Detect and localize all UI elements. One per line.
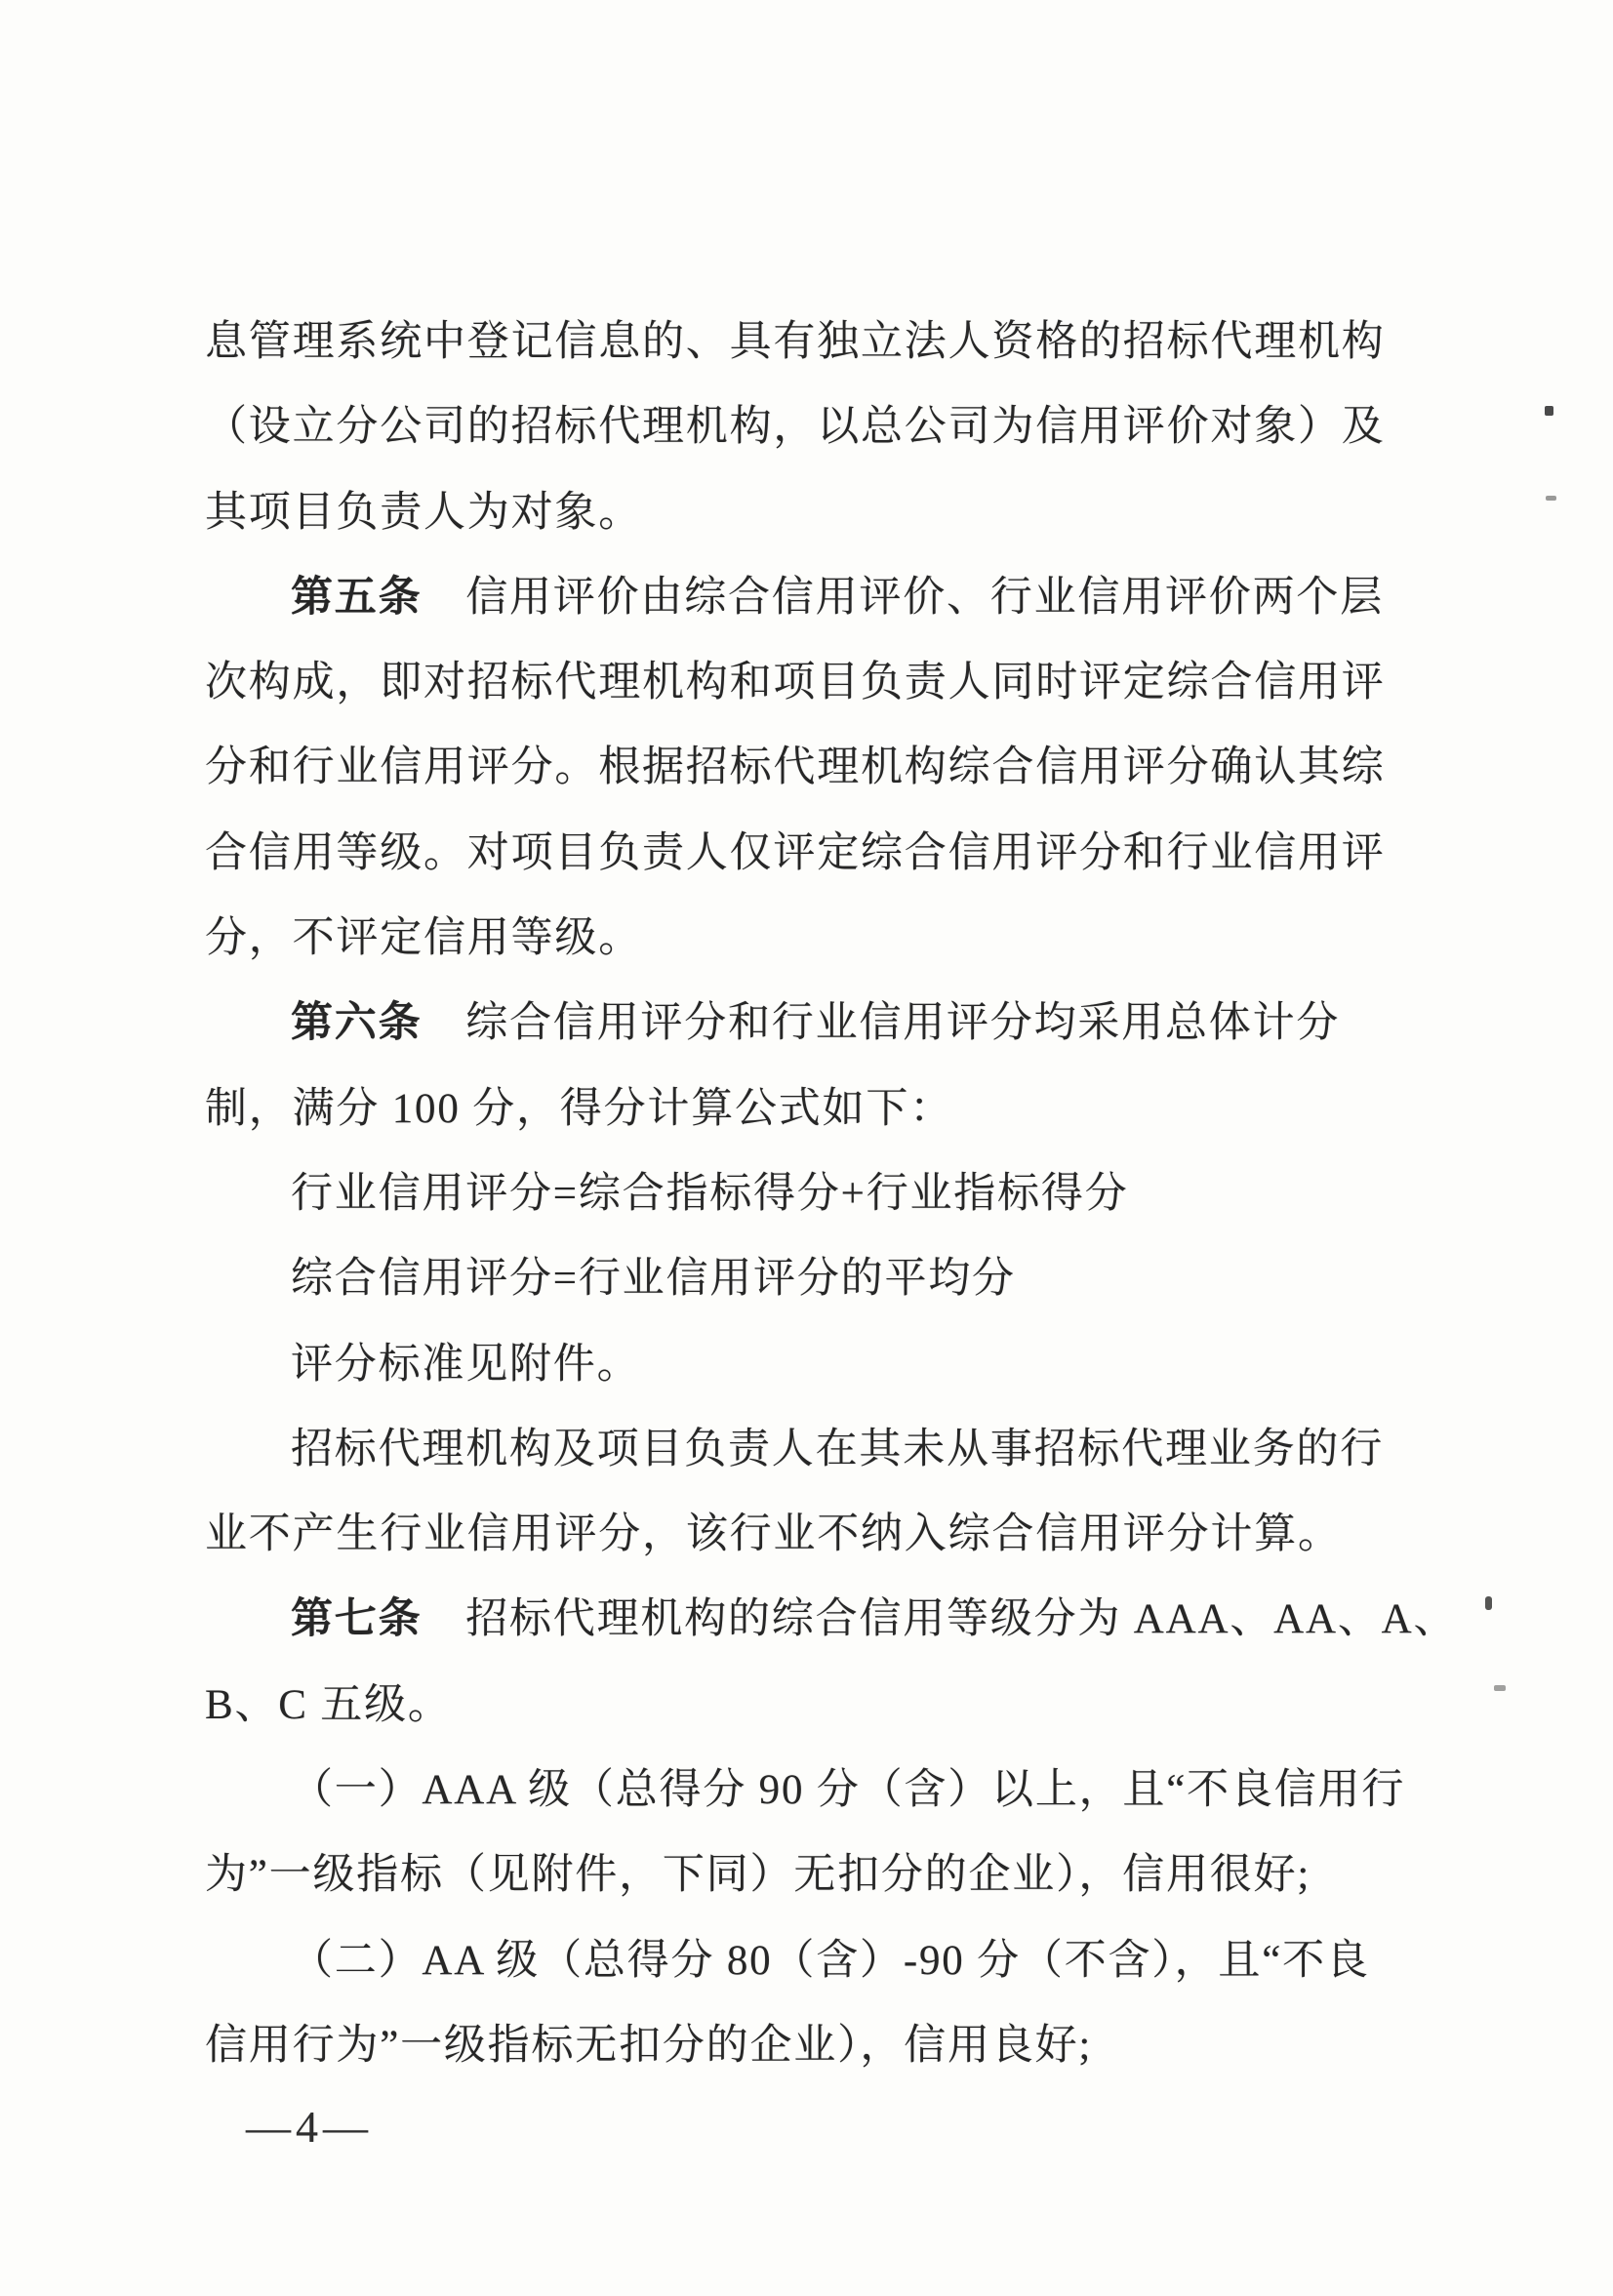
article-number: 第六条: [291, 1000, 422, 1046]
text-line: 评分标准见附件。: [205, 1322, 1464, 1407]
line-text: 业不产生行业信用评分，该行业不纳入综合信用评分计算。: [205, 1511, 1342, 1557]
document-page: 息管理系统中登记信息的、具有独立法人资格的招标代理机构 （设立分公司的招标代理机…: [0, 0, 1613, 2296]
line-text: （二）AA 级（总得分 80（含）-90 分（不含），且“不良: [291, 1938, 1370, 1984]
text-line: 分，不评定信用等级。: [205, 896, 1464, 981]
line-text: 综合信用评分=行业信用评分的平均分: [291, 1256, 1016, 1302]
line-text: 行业信用评分=综合指标得分+行业指标得分: [291, 1171, 1129, 1217]
text-line: 分和行业信用评分。根据招标代理机构综合信用评分确认其综: [205, 725, 1464, 810]
scan-speck: [1485, 1596, 1492, 1610]
line-text: 评分标准见附件。: [291, 1342, 640, 1388]
article-number: 第七条: [291, 1596, 422, 1642]
document-body: 息管理系统中登记信息的、具有独立法人资格的招标代理机构 （设立分公司的招标代理机…: [205, 300, 1464, 2088]
text-line: B、C 五级。: [205, 1663, 1464, 1748]
text-line: 业不产生行业信用评分，该行业不纳入综合信用评分计算。: [205, 1492, 1464, 1577]
line-text: 为”一级指标（见附件，下同）无扣分的企业），信用很好;: [205, 1852, 1311, 1898]
text-line: 为”一级指标（见附件，下同）无扣分的企业），信用很好;: [205, 1833, 1464, 1917]
line-text: 招标代理机构及项目负责人在其未从事招标代理业务的行: [291, 1427, 1384, 1472]
text-line: 其项目负责人为对象。: [205, 470, 1464, 555]
text-line: 第六条 综合信用评分和行业信用评分均采用总体计分: [205, 981, 1464, 1066]
text-line: （二）AA 级（总得分 80（含）-90 分（不含），且“不良: [205, 1918, 1464, 2003]
text-line: （设立分公司的招标代理机构，以总公司为信用评价对象）及: [205, 384, 1464, 469]
text-line: 合信用等级。对项目负责人仅评定综合信用评分和行业信用评: [205, 811, 1464, 896]
text-line: 第五条 信用评价由综合信用评价、行业信用评价两个层: [205, 555, 1464, 640]
scan-speck: [1494, 1685, 1506, 1691]
page-number: —4—: [246, 2099, 373, 2155]
text-line formula-line: 综合信用评分=行业信用评分的平均分: [205, 1236, 1464, 1321]
scan-speck: [1546, 496, 1556, 501]
line-text: 合信用等级。对项目负责人仅评定综合信用评分和行业信用评: [205, 830, 1386, 876]
article-number: 第五条: [291, 575, 422, 621]
line-text: 分，不评定信用等级。: [205, 915, 642, 961]
text-line: 次构成，即对招标代理机构和项目负责人同时评定综合信用评: [205, 640, 1464, 725]
scan-speck: [1545, 406, 1553, 416]
line-text: （一）AAA 级（总得分 90 分（含）以上，且“不良信用行: [291, 1767, 1405, 1813]
line-text: 次构成，即对招标代理机构和项目负责人同时评定综合信用评: [205, 660, 1386, 705]
line-text: 招标代理机构的综合信用等级分为 AAA、AA、A、: [422, 1596, 1457, 1642]
text-line: 信用行为”一级指标无扣分的企业），信用良好;: [205, 2003, 1464, 2088]
text-line: （一）AAA 级（总得分 90 分（含）以上，且“不良信用行: [205, 1748, 1464, 1833]
text-line: 息管理系统中登记信息的、具有独立法人资格的招标代理机构: [205, 300, 1464, 384]
line-text: 其项目负责人为对象。: [205, 490, 642, 536]
line-text: 综合信用评分和行业信用评分均采用总体计分: [422, 1000, 1340, 1046]
line-text: 制，满分 100 分，得分计算公式如下：: [205, 1086, 953, 1132]
line-text: 信用行为”一级指标无扣分的企业），信用良好;: [205, 2023, 1092, 2069]
text-line: 制，满分 100 分，得分计算公式如下：: [205, 1067, 1464, 1151]
text-line: 招标代理机构及项目负责人在其未从事招标代理业务的行: [205, 1407, 1464, 1492]
line-text: B、C 五级。: [205, 1682, 452, 1728]
line-text: 分和行业信用评分。根据招标代理机构综合信用评分确认其综: [205, 745, 1386, 790]
text-line formula-line: 行业信用评分=综合指标得分+行业指标得分: [205, 1151, 1464, 1236]
text-line: 第七条 招标代理机构的综合信用等级分为 AAA、AA、A、: [205, 1577, 1464, 1662]
line-text: 息管理系统中登记信息的、具有独立法人资格的招标代理机构: [205, 319, 1386, 365]
line-text: 信用评价由综合信用评价、行业信用评价两个层: [422, 575, 1384, 621]
line-text: （设立分公司的招标代理机构，以总公司为信用评价对象）及: [205, 404, 1386, 450]
